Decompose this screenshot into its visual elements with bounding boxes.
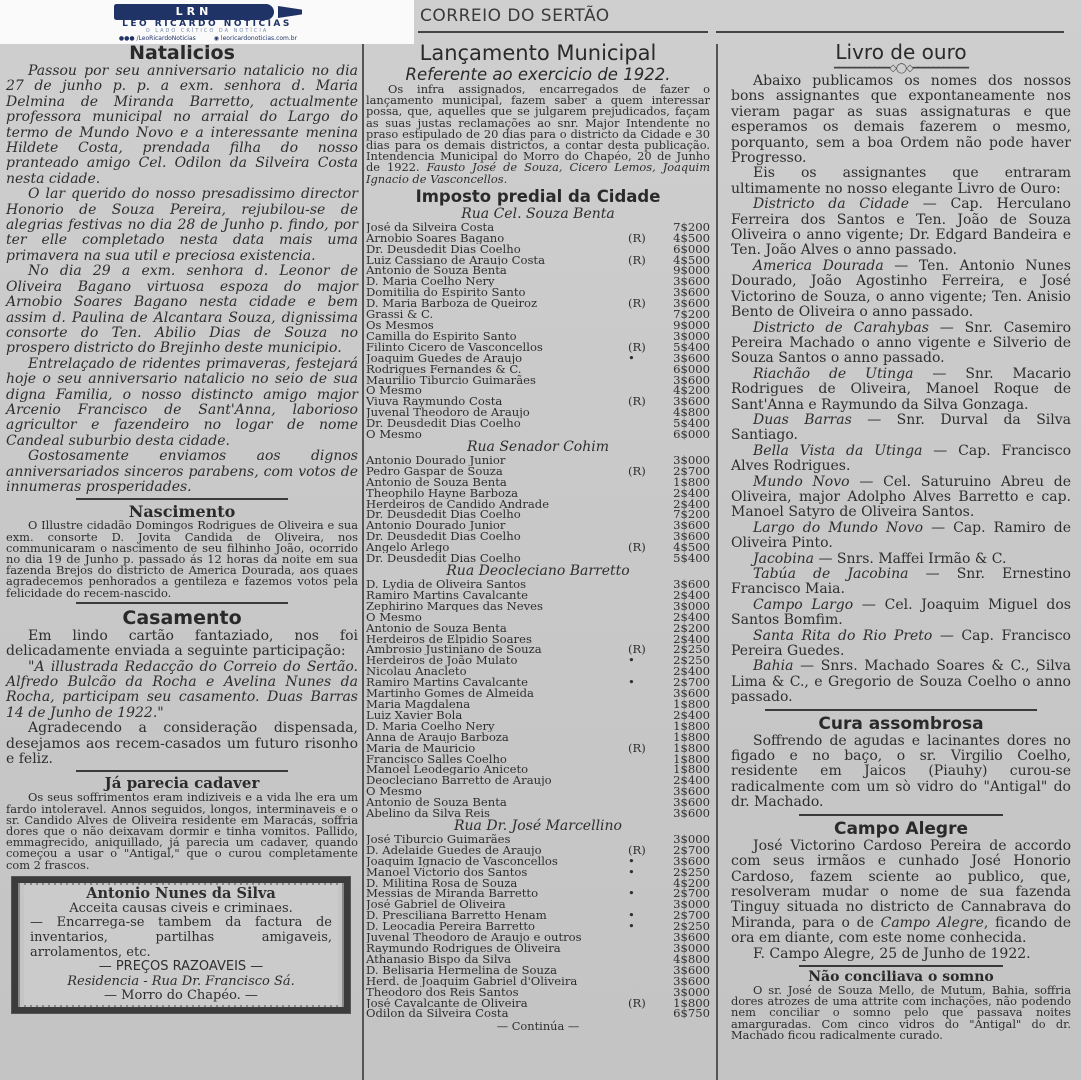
section-divider bbox=[76, 602, 287, 604]
taxpayer-mark bbox=[628, 623, 668, 634]
natalicios-title: Natalicios bbox=[6, 42, 358, 64]
tax-row: Maurilio Tiburcio Guimarães3$600 bbox=[366, 375, 710, 386]
taxpayer-name: Anna de Araujo Barboza bbox=[366, 732, 628, 743]
taxpayer-mark bbox=[628, 601, 668, 612]
tax-row: Antonio de Souza Benta1$800 bbox=[366, 477, 710, 488]
tax-row: Camilla do Espirito Santo3$000 bbox=[366, 331, 710, 342]
taxpayer-name: Manoel Victorio dos Santos bbox=[366, 867, 628, 878]
advert-prices: — PREÇOS RAZOAVEIS — bbox=[30, 960, 332, 975]
tax-row: José Cavalcante de Oliveira(R)1$800 bbox=[366, 998, 710, 1009]
taxpayer-name: Ambrosio Justiniano de Souza bbox=[366, 644, 628, 655]
entry-place: Jacobina bbox=[753, 551, 814, 567]
tax-row: Messias de Miranda Barretto•2$700 bbox=[366, 888, 710, 899]
taxpayer-name: Antonio de Souza Benta bbox=[366, 477, 628, 488]
tax-list: Rua Cel. Souza BentaJosé da Silveira Cos… bbox=[366, 207, 710, 1020]
nascimento-text: O Illustre cidadão Domingos Rodrigues de… bbox=[6, 520, 358, 598]
tax-row: D. Presciliana Barretto Henam•2$700 bbox=[366, 910, 710, 921]
taxpayer-name: Antonio de Souza Benta bbox=[366, 797, 628, 808]
tax-row: Martinho Gomes de Almeida3$600 bbox=[366, 688, 710, 699]
watermark-banner: LRN LEO RICARDO NOTICIAS O LADO CRÍTICO … bbox=[0, 0, 414, 44]
taxpayer-mark bbox=[628, 699, 668, 710]
taxpayer-mark bbox=[628, 553, 668, 564]
casamento-title: Casamento bbox=[6, 607, 358, 629]
livro-entry: Largo do Mundo Novo — Cap. Ramiro de Oli… bbox=[731, 521, 1071, 552]
cadaver-text: Os seus soffrimentos eram indiziveis e a… bbox=[6, 792, 358, 870]
entry-place: Santa Rita do Rio Preto bbox=[753, 628, 932, 644]
tax-row: Domitilia do Espirito Santo3$600 bbox=[366, 287, 710, 298]
taxpayer-name: Maria Magdalena bbox=[366, 699, 628, 710]
tax-row: Luiz Cassiano de Araujo Costa(R)4$500 bbox=[366, 255, 710, 266]
taxpayer-name: Joaquim Ignacio de Vasconcellos bbox=[366, 856, 628, 867]
livro-entry: America Dourada — Ten. Antonio Nunes Dou… bbox=[731, 259, 1071, 321]
tax-row: José da Silveira Costa7$200 bbox=[366, 222, 710, 233]
taxpayer-name: D. Lydia de Oliveira Santos bbox=[366, 579, 628, 590]
taxpayer-mark bbox=[628, 976, 668, 987]
taxpayer-mark: • bbox=[628, 655, 668, 666]
entry-place: Largo do Mundo Novo bbox=[753, 520, 923, 536]
taxpayer-name: Luiz Xavier Bola bbox=[366, 710, 628, 721]
taxpayer-mark bbox=[628, 688, 668, 699]
livro-entry: Mundo Novo — Cel. Saturuino Abreu de Oli… bbox=[731, 475, 1071, 521]
entry-place: America Dourada bbox=[753, 258, 884, 274]
tax-row: Angelo Arlego(R)4$500 bbox=[366, 542, 710, 553]
livro-entry: Districto de Carahybas — Snr. Casemiro P… bbox=[731, 321, 1071, 367]
tax-row: Antonio Dourado Junior3$600 bbox=[366, 520, 710, 531]
advert-line: Acceita causas civeis e criminaes. bbox=[30, 902, 332, 917]
taxpayer-name: Juvenal Theodoro de Araujo e outros bbox=[366, 932, 628, 943]
entry-place: Tabúa de Jacobina bbox=[753, 566, 908, 582]
tax-row: Deocleciano Barretto de Araujo2$400 bbox=[366, 775, 710, 786]
section-divider bbox=[76, 770, 287, 772]
livro-intro: Eis os assignantes que entraram ultimame… bbox=[731, 166, 1071, 197]
tax-row: Joaquim Ignacio de Vasconcellos•3$600 bbox=[366, 856, 710, 867]
taxpayer-name: Nicolau Anacleto bbox=[366, 666, 628, 677]
tax-row: Dr. Deusdedit Dias Coelho6$000 bbox=[366, 244, 710, 255]
taxpayer-name: José Tiburcio Guimarães bbox=[366, 834, 628, 845]
taxpayer-mark bbox=[628, 364, 668, 375]
taxpayer-mark bbox=[628, 754, 668, 765]
livro-entry: Duas Barras — Snr. Durval da Silva Santi… bbox=[731, 413, 1071, 444]
taxpayer-name: D. Belisaria Hermelina de Souza bbox=[366, 965, 628, 976]
taxpayer-mark bbox=[628, 786, 668, 797]
taxpayer-name: Grassi & C. bbox=[366, 309, 628, 320]
entry-place: Bella Vista da Utinga bbox=[753, 443, 922, 459]
tax-row: Maria de Mauricio(R)1$800 bbox=[366, 743, 710, 754]
taxpayer-name: Filinto Cicero de Vasconcellos bbox=[366, 342, 628, 353]
taxpayer-name: O Mesmo bbox=[366, 786, 628, 797]
tax-row: Ambrosio Justiniano de Souza(R)2$250 bbox=[366, 644, 710, 655]
tax-row: D. Militina Rosa de Souza4$200 bbox=[366, 878, 710, 889]
tax-row: Athanasio Bispo da Silva4$800 bbox=[366, 954, 710, 965]
taxpayer-name: D. Leocadia Pereira Barretto bbox=[366, 921, 628, 932]
tax-row: Arnobio Soares Bagano(R)4$500 bbox=[366, 233, 710, 244]
tax-row: Dr. Deusdedit Dias Coelho5$400 bbox=[366, 418, 710, 429]
tax-row: D. Leocadia Pereira Barretto•2$250 bbox=[366, 921, 710, 932]
livro-entry: Jacobina — Snrs. Maffei Irmão & C. bbox=[731, 552, 1071, 567]
tax-row: D. Maria Barboza de Queiroz(R)3$600 bbox=[366, 298, 710, 309]
taxpayer-name: José Gabriel de Oliveira bbox=[366, 899, 628, 910]
natalicios-paragraph: O lar querido do nosso presadissimo dire… bbox=[6, 187, 358, 264]
taxpayer-name: Herdeiros de Candido Andrade bbox=[366, 499, 628, 510]
advert-address: Residencia - Rua Dr. Francisco Sá. bbox=[30, 975, 332, 990]
taxpayer-name: Angelo Arlego bbox=[366, 542, 628, 553]
taxpayer-name: Odilon da Silveira Costa bbox=[366, 1008, 628, 1019]
website-link[interactable]: ◉ leoricardonoticias.com.br bbox=[214, 35, 297, 42]
advert-name: Antonio Nunes da Silva bbox=[30, 886, 332, 902]
livro-entry: Santa Rita do Rio Preto — Cap. Francisco… bbox=[731, 629, 1071, 660]
taxpayer-name: Manoel Leodegario Aniceto bbox=[366, 764, 628, 775]
taxpayer-mark bbox=[628, 775, 668, 786]
taxpayer-mark: • bbox=[628, 677, 668, 688]
column-middle: Lançamento Municipal Referente ao exerci… bbox=[366, 40, 710, 1033]
advert-content: Antonio Nunes da Silva Acceita causas ci… bbox=[24, 885, 338, 1005]
tax-row: Antonio Dourado Junior3$000 bbox=[366, 455, 710, 466]
tax-row: Odilon da Silveira Costa6$750 bbox=[366, 1008, 710, 1019]
tax-row: Manoel Leodegario Aniceto1$800 bbox=[366, 764, 710, 775]
casamento-intro: Em lindo cartão fantaziado, nos foi deli… bbox=[6, 629, 358, 660]
column-divider bbox=[362, 44, 364, 1080]
taxpayer-name: Ramiro Martins Cavalcante bbox=[366, 590, 628, 601]
taxpayer-mark: (R) bbox=[628, 255, 668, 266]
tax-row: Dr. Deusdedit Dias Coelho7$200 bbox=[366, 509, 710, 520]
taxpayer-mark bbox=[628, 520, 668, 531]
campo-alegre-dateline: F. Campo Alegre, 25 de Junho de 1922. bbox=[731, 947, 1071, 962]
taxpayer-mark bbox=[628, 764, 668, 775]
taxpayer-mark: (R) bbox=[628, 542, 668, 553]
tax-row: Grassi & C.7$200 bbox=[366, 309, 710, 320]
livro-entry: Bella Vista da Utinga — Cap. Francisco A… bbox=[731, 444, 1071, 475]
masthead-rule-right bbox=[716, 31, 1064, 33]
logo-tail-shape bbox=[278, 6, 302, 18]
tax-row: Pedro Gaspar de Souza(R)2$700 bbox=[366, 466, 710, 477]
tax-row: O Mesmo2$400 bbox=[366, 612, 710, 623]
tax-value: 3$600 bbox=[668, 808, 710, 819]
taxpayer-mark bbox=[628, 375, 668, 386]
taxpayer-mark: (R) bbox=[628, 743, 668, 754]
taxpayer-mark bbox=[628, 710, 668, 721]
column-right: Livro de ouro ━━━━━━━━━━━◇◯◇━━━━━━━━━━━ … bbox=[731, 40, 1071, 1041]
tax-row: Maria Magdalena1$800 bbox=[366, 699, 710, 710]
entry-place: Campo Largo bbox=[753, 597, 853, 613]
taxpayer-mark: (R) bbox=[628, 298, 668, 309]
tax-row: Antonio de Souza Benta3$600 bbox=[366, 797, 710, 808]
tax-row: Os Mesmos9$000 bbox=[366, 320, 710, 331]
taxpayer-name: Luiz Cassiano de Araujo Costa bbox=[366, 255, 628, 266]
entry-place: Districto da Cidade bbox=[753, 196, 909, 212]
imposto-title: Imposto predial da Cidade bbox=[366, 187, 710, 207]
tax-row: Juvenal Theodoro de Araujo4$800 bbox=[366, 407, 710, 418]
natalicios-paragraph: Passou por seu anniversario natalicio no… bbox=[6, 64, 358, 187]
livro-entry: Bahia — Snrs. Machado Soares & C., Silva… bbox=[731, 659, 1071, 705]
tax-row: Anna de Araujo Barboza1$800 bbox=[366, 732, 710, 743]
brand-slogan: O LADO CRÍTICO DA NOTÍCIA bbox=[0, 28, 414, 34]
taxpayer-name: Martinho Gomes de Almeida bbox=[366, 688, 628, 699]
taxpayer-mark bbox=[628, 965, 668, 976]
casamento-quote: "A illustrada Redacção do Correio do Ser… bbox=[6, 660, 358, 722]
tax-row: Nicolau Anacleto2$400 bbox=[366, 666, 710, 677]
taxpayer-mark: (R) bbox=[628, 998, 668, 1009]
taxpayer-mark bbox=[628, 612, 668, 623]
social-icons: ●●● bbox=[119, 35, 137, 42]
taxpayer-name: D. Militina Rosa de Souza bbox=[366, 878, 628, 889]
taxpayer-name: Theodoro dos Reis Santos bbox=[366, 987, 628, 998]
tax-row: José Tiburcio Guimarães3$000 bbox=[366, 834, 710, 845]
taxpayer-name: Rodrigues Fernandes & C. bbox=[366, 364, 628, 375]
tax-row: D. Maria Coelho Nery1$800 bbox=[366, 721, 710, 732]
tax-row: O Mesmo3$600 bbox=[366, 786, 710, 797]
taxpayer-name: Juvenal Theodoro de Araujo bbox=[366, 407, 628, 418]
social-handle[interactable]: ●●● /LeoRicardoNoticias bbox=[119, 35, 196, 42]
tax-row: Dr. Deusdedit Dias Coelho3$600 bbox=[366, 531, 710, 542]
taxpayer-mark: (R) bbox=[628, 233, 668, 244]
lancamento-title: Lançamento Municipal bbox=[366, 40, 710, 66]
taxpayer-mark bbox=[628, 797, 668, 808]
entry-place: Duas Barras bbox=[753, 412, 852, 428]
taxpayer-mark bbox=[628, 721, 668, 732]
taxpayer-mark: (R) bbox=[628, 466, 668, 477]
taxpayer-name: O Mesmo bbox=[366, 385, 628, 396]
cura-title: Cura assombrosa bbox=[731, 714, 1071, 734]
street-heading: Rua Deocleciano Barretto bbox=[366, 564, 710, 579]
column-left: Natalicios Passou por seu anniversario n… bbox=[6, 40, 358, 1013]
taxpayer-name: Dr. Deusdedit Dias Coelho bbox=[366, 418, 628, 429]
taxpayer-mark bbox=[628, 320, 668, 331]
newspaper-page: LRN LEO RICARDO NOTICIAS O LADO CRÍTICO … bbox=[0, 0, 1081, 1080]
cura-text: Soffrendo de agudas e lacinantes dores n… bbox=[731, 734, 1071, 811]
tax-row: Filinto Cicero de Vasconcellos(R)5$400 bbox=[366, 342, 710, 353]
natalicios-paragraph: Entrelaçado de ridentes primaveras, fest… bbox=[6, 357, 358, 449]
advert-line: — Encarrega-se tambem da factura de inve… bbox=[30, 916, 332, 960]
section-divider bbox=[76, 498, 287, 500]
taxpayer-mark bbox=[628, 407, 668, 418]
tax-row: Antonio de Souza Benta9$000 bbox=[366, 265, 710, 276]
taxpayer-name: O Mesmo bbox=[366, 612, 628, 623]
tax-row: Rodrigues Fernandes & C.6$000 bbox=[366, 364, 710, 375]
taxpayer-name: Herd. de Joaquim Gabriel d'Oliveira bbox=[366, 976, 628, 987]
tax-row: Ramiro Martins Cavalcante•2$700 bbox=[366, 677, 710, 688]
entry-place: Districto de Carahybas bbox=[753, 320, 929, 336]
street-heading: Rua Senador Cohim bbox=[366, 440, 710, 455]
taxpayer-name: Arnobio Soares Bagano bbox=[366, 233, 628, 244]
tax-row: D. Lydia de Oliveira Santos3$600 bbox=[366, 579, 710, 590]
logo-text: LRN bbox=[114, 4, 274, 20]
taxpayer-name: Camilla do Espirito Santo bbox=[366, 331, 628, 342]
social-links: ●●● /LeoRicardoNoticias ◉ leoricardonoti… bbox=[10, 35, 406, 42]
campo-alegre-text: José Victorino Cardoso Pereira de accord… bbox=[731, 839, 1071, 947]
taxpayer-mark bbox=[628, 590, 668, 601]
tax-row: D. Belisaria Hermelina de Souza3$600 bbox=[366, 965, 710, 976]
taxpayer-name: Theophilo Hayne Barboza bbox=[366, 488, 628, 499]
advert-city: — Morro do Chapéo. — bbox=[30, 989, 332, 1004]
tax-row: Herdeiros de João Mulato•2$250 bbox=[366, 655, 710, 666]
tax-value: 6$000 bbox=[668, 429, 710, 440]
tax-row: Manoel Victorio dos Santos•2$250 bbox=[366, 867, 710, 878]
tax-row: Ramiro Martins Cavalcante2$400 bbox=[366, 590, 710, 601]
tax-row: Zephirino Marques das Neves3$000 bbox=[366, 601, 710, 612]
tax-row: Herdeiros de Elpidio Soares2$400 bbox=[366, 634, 710, 645]
entry-place: Bahia bbox=[753, 658, 793, 674]
taxpayer-name: Domitilia do Espirito Santo bbox=[366, 287, 628, 298]
campo-alegre-title: Campo Alegre bbox=[731, 819, 1071, 839]
somno-text: O sr. José de Souza Mello, de Mutum, Bah… bbox=[731, 985, 1071, 1041]
taxpayer-name: Pedro Gaspar de Souza bbox=[366, 466, 628, 477]
entry-text: — Snrs. Maffei Irmão & C. bbox=[814, 551, 1006, 567]
casamento-closing: Agradecendo a consideração dispensada, d… bbox=[6, 721, 358, 767]
tax-row: D. Maria Coelho Nery3$600 bbox=[366, 276, 710, 287]
lawyer-advert: Antonio Nunes da Silva Acceita causas ci… bbox=[12, 877, 350, 1013]
taxpayer-mark bbox=[628, 509, 668, 520]
tax-row: Herdeiros de Candido Andrade2$400 bbox=[366, 499, 710, 510]
tax-row: O Mesmo4$200 bbox=[366, 385, 710, 396]
taxpayer-name: Dr. Deusdedit Dias Coelho bbox=[366, 531, 628, 542]
tax-row: Raymundo Rodrigues de Oliveira3$000 bbox=[366, 943, 710, 954]
entry-place: Riachão de Utinga bbox=[753, 366, 913, 382]
tax-row: Juvenal Theodoro de Araujo e outros3$600 bbox=[366, 932, 710, 943]
taxpayer-mark: • bbox=[628, 353, 668, 364]
masthead-rule-left bbox=[418, 31, 708, 33]
tax-row: Luiz Xavier Bola2$400 bbox=[366, 710, 710, 721]
taxpayer-mark bbox=[628, 1008, 668, 1019]
taxpayer-name: José da Silveira Costa bbox=[366, 222, 628, 233]
livro-title: Livro de ouro bbox=[731, 40, 1071, 64]
natalicios-paragraph: No dia 29 a exm. senhora d. Leonor de Ol… bbox=[6, 264, 358, 356]
taxpayer-name: D. Maria Coelho Nery bbox=[366, 721, 628, 732]
natalicios-body: Passou por seu anniversario natalicio no… bbox=[6, 64, 358, 495]
taxpayer-mark: • bbox=[628, 888, 668, 899]
taxpayer-mark bbox=[628, 954, 668, 965]
taxpayer-name: Dr. Deusdedit Dias Coelho bbox=[366, 244, 628, 255]
section-divider bbox=[799, 814, 1003, 816]
taxpayer-mark bbox=[628, 276, 668, 287]
taxpayer-name: Ramiro Martins Cavalcante bbox=[366, 677, 628, 688]
tax-row: Francisco Salles Coelho1$800 bbox=[366, 754, 710, 765]
street-heading: Rua Dr. José Marcellino bbox=[366, 819, 710, 834]
tax-value: 5$400 bbox=[668, 553, 710, 564]
taxpayer-mark bbox=[628, 943, 668, 954]
taxpayer-mark: (R) bbox=[628, 396, 668, 407]
taxpayer-name: Joaquim Guedes de Araujo bbox=[366, 353, 628, 364]
taxpayer-mark: • bbox=[628, 921, 668, 932]
tax-row: Theodoro dos Reis Santos3$000 bbox=[366, 987, 710, 998]
globe-icon: ◉ bbox=[214, 35, 221, 42]
tax-row: Herd. de Joaquim Gabriel d'Oliveira3$600 bbox=[366, 976, 710, 987]
taxpayer-name: Antonio Dourado Junior bbox=[366, 520, 628, 531]
taxpayer-mark bbox=[628, 429, 668, 440]
taxpayer-name: Herdeiros de Elpidio Soares bbox=[366, 634, 628, 645]
taxpayer-name: Antonio de Souza Benta bbox=[366, 623, 628, 634]
taxpayer-mark bbox=[628, 477, 668, 488]
taxpayer-mark bbox=[628, 488, 668, 499]
taxpayer-name: Athanasio Bispo da Silva bbox=[366, 954, 628, 965]
lrn-logo: LRN bbox=[114, 4, 274, 20]
tax-row: Theophilo Hayne Barboza2$400 bbox=[366, 488, 710, 499]
taxpayer-name: Antonio Dourado Junior bbox=[366, 455, 628, 466]
taxpayer-mark bbox=[628, 418, 668, 429]
taxpayer-name: D. Maria Coelho Nery bbox=[366, 276, 628, 287]
street-heading: Rua Cel. Souza Benta bbox=[366, 207, 710, 222]
taxpayer-mark bbox=[628, 808, 668, 819]
taxpayer-name: D. Adelaide Guedes de Araujo bbox=[366, 845, 628, 856]
tax-row: Antonio de Souza Benta2$200 bbox=[366, 623, 710, 634]
tax-row: D. Adelaide Guedes de Araujo(R)2$700 bbox=[366, 845, 710, 856]
livro-entry: Districto da Cidade — Cap. Herculano Fer… bbox=[731, 197, 1071, 259]
section-divider bbox=[799, 965, 1003, 967]
taxpayer-name: Herdeiros de João Mulato bbox=[366, 655, 628, 666]
taxpayer-name: Messias de Miranda Barretto bbox=[366, 888, 628, 899]
taxpayer-mark bbox=[628, 932, 668, 943]
masthead: CORREIO DO SERTÃO bbox=[420, 6, 610, 26]
section-divider bbox=[765, 709, 1037, 711]
taxpayer-name: Antonio de Souza Benta bbox=[366, 265, 628, 276]
lancamento-text: Os infra assignados, encarregados de faz… bbox=[366, 84, 710, 185]
taxpayer-name: Raymundo Rodrigues de Oliveira bbox=[366, 943, 628, 954]
tax-value: 6$750 bbox=[668, 1008, 710, 1019]
taxpayer-name: D. Maria Barboza de Queiroz bbox=[366, 298, 628, 309]
tax-row: Viuva Raymundo Costa(R)3$600 bbox=[366, 396, 710, 407]
livro-entry: Riachão de Utinga — Snr. Macario Rodrigu… bbox=[731, 367, 1071, 413]
tax-row: Joaquim Guedes de Araujo•3$600 bbox=[366, 353, 710, 364]
continua-label: — Continúa — bbox=[366, 1021, 710, 1032]
livro-entry: Campo Largo — Cel. Joaquim Miguel dos Sa… bbox=[731, 598, 1071, 629]
taxpayer-name: Maria de Mauricio bbox=[366, 743, 628, 754]
natalicios-paragraph: Gostosamente enviamos aos dignos anniver… bbox=[6, 449, 358, 495]
livro-intro: Abaixo publicamos os nomes dos nossos bo… bbox=[731, 74, 1071, 166]
taxpayer-mark bbox=[628, 309, 668, 320]
entry-place: Mundo Novo bbox=[753, 474, 850, 490]
taxpayer-name: Francisco Salles Coelho bbox=[366, 754, 628, 765]
taxpayer-name: Dr. Deusdedit Dias Coelho bbox=[366, 509, 628, 520]
taxpayer-name: José Cavalcante de Oliveira bbox=[366, 998, 628, 1009]
taxpayer-mark bbox=[628, 579, 668, 590]
tax-row: José Gabriel de Oliveira3$000 bbox=[366, 899, 710, 910]
taxpayer-mark bbox=[628, 499, 668, 510]
taxpayer-mark: • bbox=[628, 867, 668, 878]
livro-entry: Tabúa de Jacobina — Snr. Ernestino Franc… bbox=[731, 567, 1071, 598]
taxpayer-name: Deocleciano Barretto de Araujo bbox=[366, 775, 628, 786]
livro-entries: Districto da Cidade — Cap. Herculano Fer… bbox=[731, 197, 1071, 705]
taxpayer-name: Os Mesmos bbox=[366, 320, 628, 331]
taxpayer-name: Maurilio Tiburcio Guimarães bbox=[366, 375, 628, 386]
taxpayer-name: D. Presciliana Barretto Henam bbox=[366, 910, 628, 921]
taxpayer-name: Zephirino Marques das Neves bbox=[366, 601, 628, 612]
taxpayer-name: Viuva Raymundo Costa bbox=[366, 396, 628, 407]
column-divider bbox=[716, 44, 718, 1080]
taxpayer-mark bbox=[628, 265, 668, 276]
